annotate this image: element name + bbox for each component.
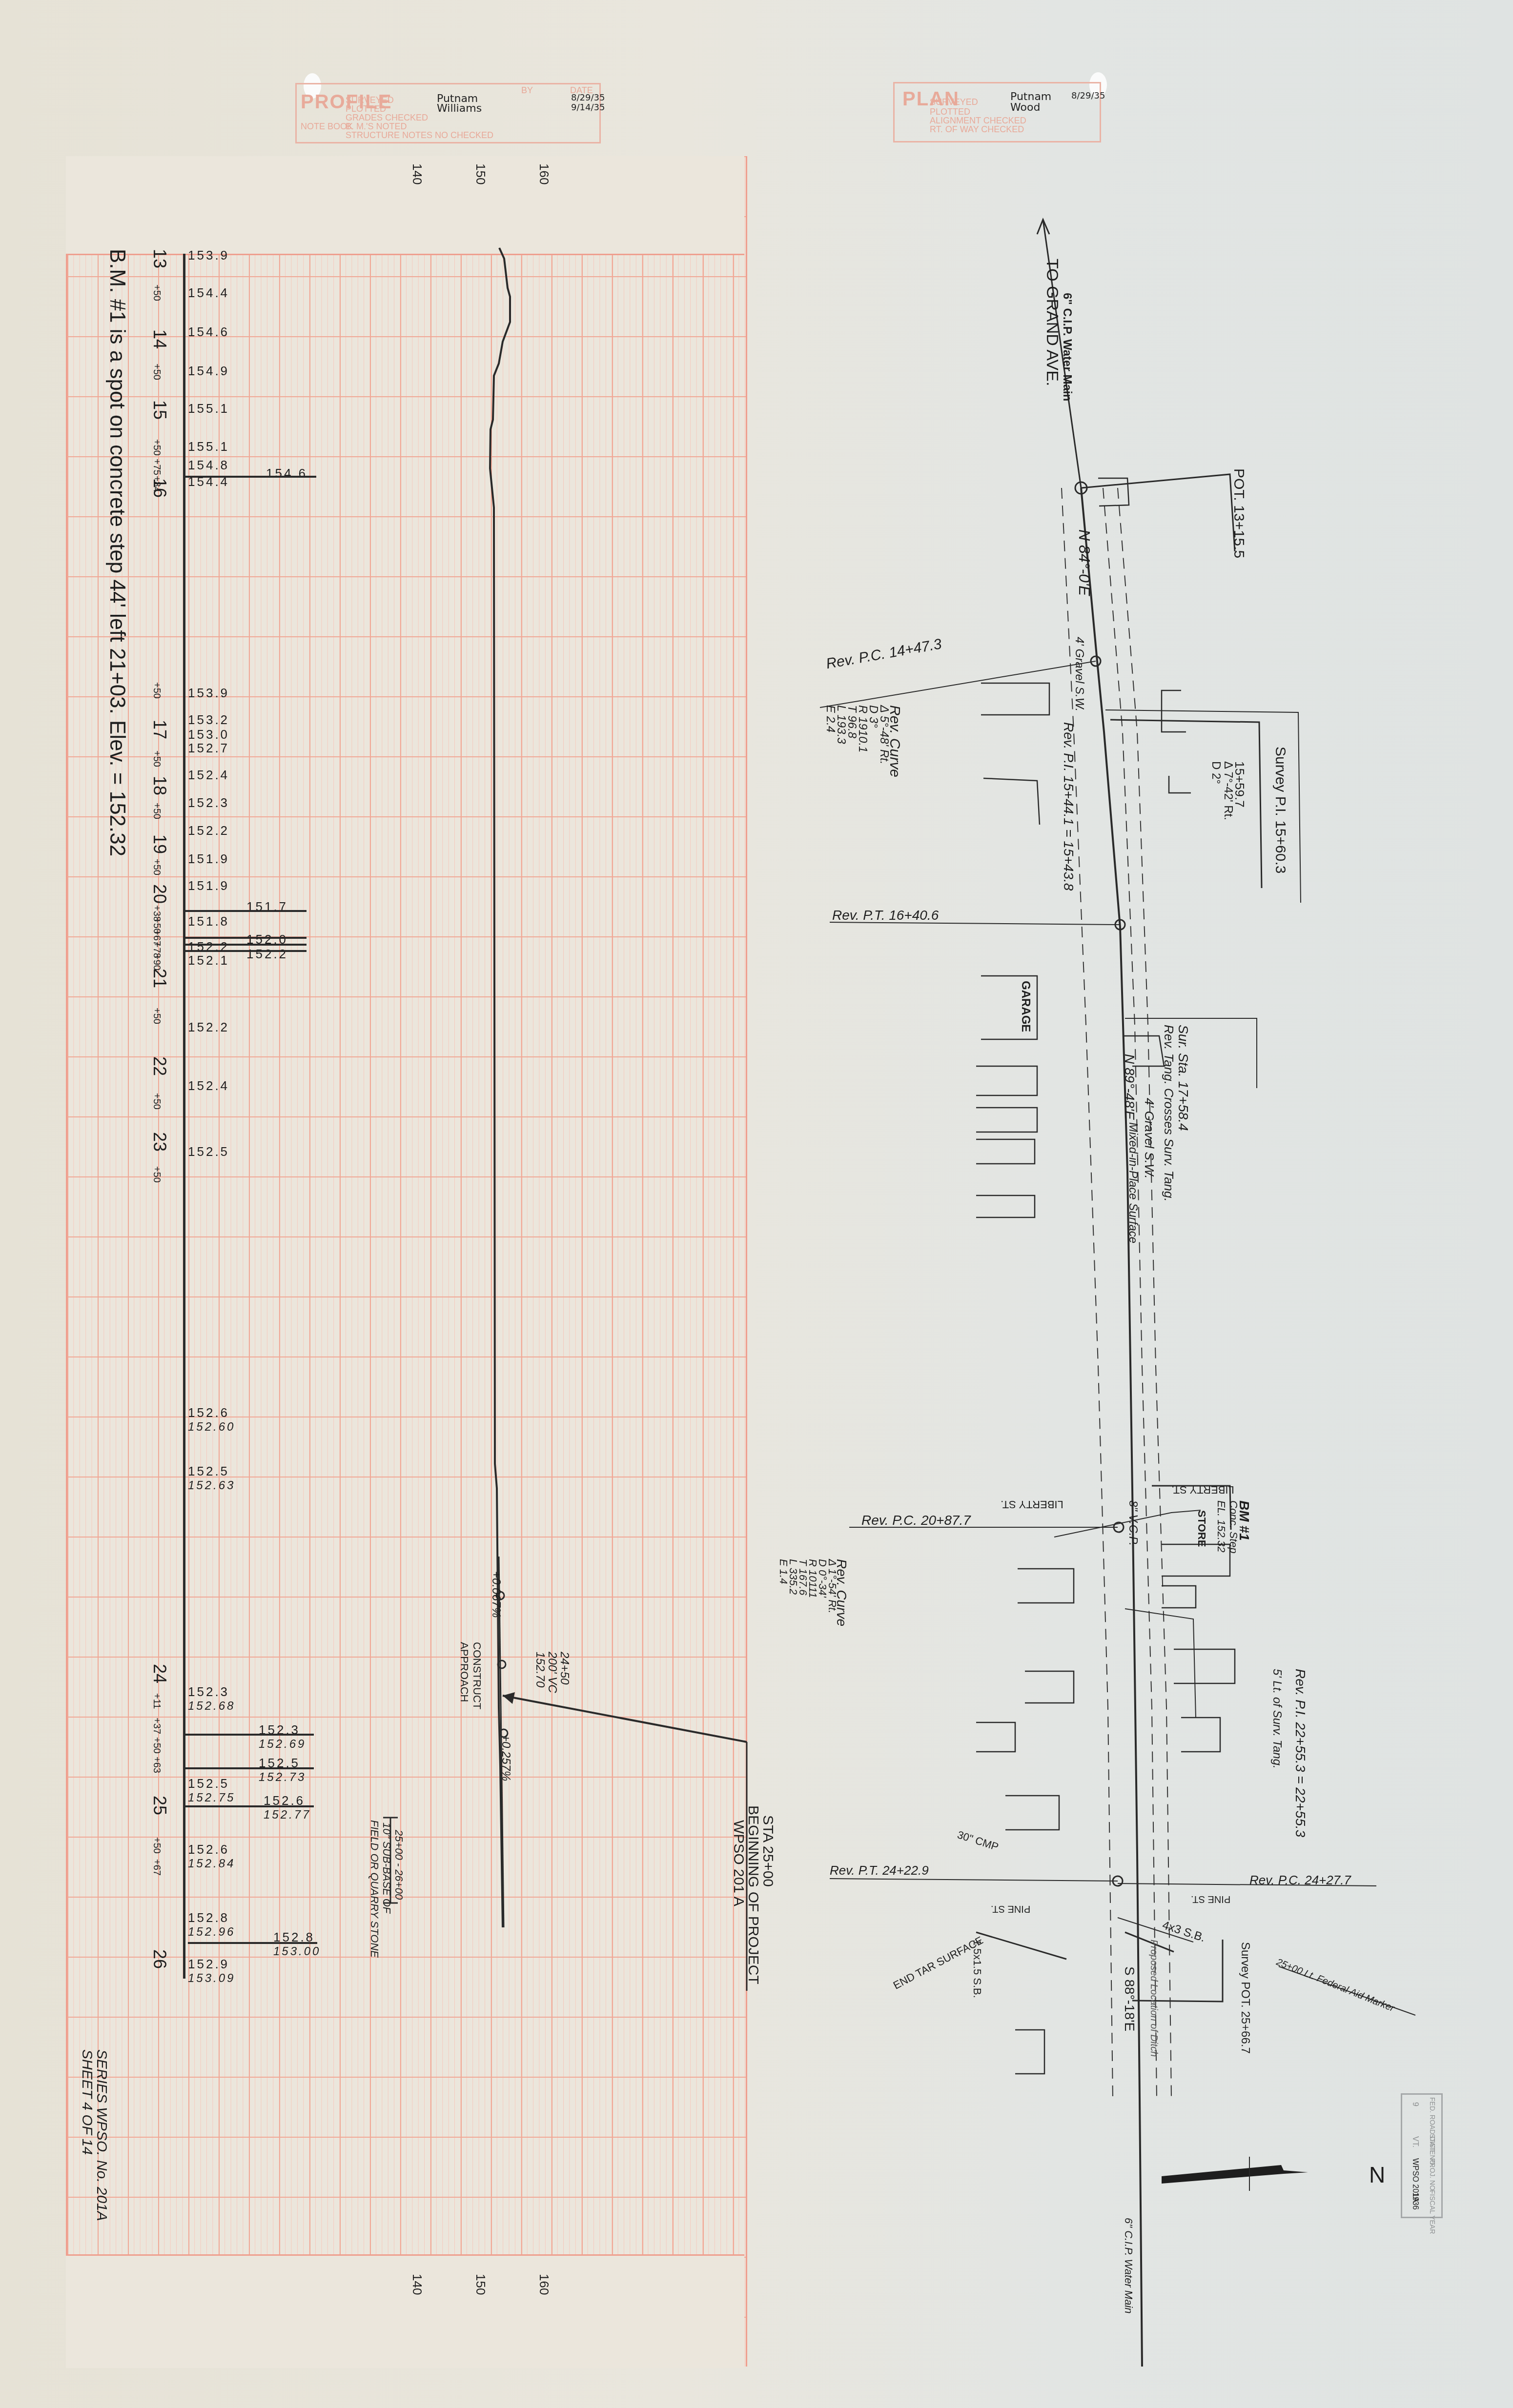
rev-tang-label: Rev. Tang. Crosses Surv. Tang. <box>1161 1025 1176 1202</box>
construct-approach-note: CONSTRUCT APPROACH <box>458 1642 483 1740</box>
rev-curve-1-e: E 2.4 <box>823 705 837 732</box>
project-start-station: STA 25+00 <box>759 1815 776 1887</box>
survey-centerline <box>1081 488 1142 2367</box>
survey-pi-delta: Δ 7°-42' Rt. <box>1221 761 1235 820</box>
fed-header: FED. ROAD DIST. NO. <box>1429 2097 1436 2167</box>
project-number: WPSO 201 A <box>730 1820 747 1906</box>
bm1-elevation: EL. 152.32 <box>1215 1500 1227 1552</box>
bm1-step: Conc. Step <box>1227 1500 1240 1554</box>
grade-1-label: +0.067% <box>489 1571 503 1618</box>
sur-sta-label: Sur. Sta. 17+58.4 <box>1175 1025 1191 1131</box>
subbase-note-2: FIELD OR QUARRY STONE <box>368 1820 381 1958</box>
fed-district: 9 <box>1411 2102 1419 2106</box>
sb-15-label: 1.5x1.5 S.B. <box>971 1940 983 1998</box>
vpi-elevation: 152.70 <box>533 1652 547 1687</box>
rev-curve-2-e: E 1.4 <box>777 1559 790 1584</box>
pot-start-label: POT. 13+15.5 <box>1230 468 1247 558</box>
rev-pi-1-label: Rev. P.I. 15+44.1 = 15+43.8 <box>1061 722 1076 966</box>
liberty-st-label: LIBERTY ST. <box>1171 1483 1234 1496</box>
fed-state: VT. <box>1411 2136 1419 2147</box>
house-outlines <box>976 478 1235 2074</box>
subbase-note-1: 10" SUB-BASE OF <box>380 1822 393 1913</box>
rev-pi-2-note: 5' Lt. of Surv. Tang. <box>1270 1669 1284 1769</box>
project-start-label: BEGINNING OF PROJECT <box>745 1805 761 1984</box>
mixed-surface-label: Mixed-in-Place Surface <box>1126 1122 1140 1243</box>
rev-pc-3-label: Rev. P.C. 24+27.7 <box>1249 1873 1351 1888</box>
pine-st-label: PINE ST. <box>1191 1893 1230 1904</box>
fed-year: 1936 <box>1411 2192 1419 2210</box>
survey-pi-degree: D 2° <box>1209 761 1223 784</box>
subbase-range: 25+00 - 26+00 <box>392 1830 405 1900</box>
to-grand-ave-label: TO GRAND AVE. <box>1043 259 1062 386</box>
fed-header: STATE <box>1429 2134 1436 2155</box>
pine-st-label-2: PINE ST. <box>991 1903 1030 1914</box>
north-arrow-icon <box>1162 2165 1308 2184</box>
vertical-curve-length: 200' VC <box>545 1652 559 1693</box>
fed-header: PROJ. NO. <box>1429 2158 1436 2192</box>
vcp-8-label: 8" V.C.P. <box>1126 1500 1140 1546</box>
rev-pt-2-label: Rev. P.T. 24+22.9 <box>830 1863 929 1878</box>
rev-pi-2-label: Rev. P.I. 22+55.3 = 22+55.3 <box>1292 1669 1308 1837</box>
fed-header: FISCAL YEAR <box>1429 2190 1436 2234</box>
water-main-label: 6" C.I.P. Water Main <box>1060 293 1074 401</box>
gravel-sw-1: 4' Gravel S.W. <box>1072 637 1086 711</box>
proposed-ditch-label: Proposed Location of Ditch <box>1148 1940 1159 2057</box>
store-label: STORE <box>1195 1510 1208 1547</box>
rev-pc-2-label: Rev. P.C. 20+87.7 <box>861 1513 971 1528</box>
bearing-1: N 84°-0'E <box>1075 529 1093 596</box>
garage-label: GARAGE <box>1019 981 1032 1032</box>
bearing-3: S 88°-18'E <box>1122 1966 1137 2031</box>
series-note: SERIES WPSO. No. 201A <box>93 2049 110 2221</box>
gravel-sw-2: 4' Gravel S.W. <box>1142 1098 1157 1179</box>
rev-pt-1-label: Rev. P.T. 16+40.6 <box>832 908 939 923</box>
drawing-linework <box>0 0 1513 2408</box>
project-start-leader <box>503 1696 747 1742</box>
grade-2-label: +0.257% <box>499 1735 512 1781</box>
water-main-bottom-label: 6" C.I.P. Water Main <box>1122 2218 1135 2314</box>
federal-road-block: FED. ROAD DIST. NO. STATE PROJ. NO. FISC… <box>1401 2093 1443 2218</box>
sheet-note: SHEET 4 OF 14 <box>79 2049 95 2155</box>
vpi-station: 24+50 <box>557 1652 571 1684</box>
survey-pot-label: Survey POT. 25+66.7 <box>1238 1942 1252 2054</box>
north-label: N <box>1369 2162 1385 2188</box>
liberty-st-label-2: LIBERTY ST. <box>1001 1498 1063 1511</box>
drawing-sheet: PROFILE SURVEYED PLOTTED GRADES CHECKED … <box>0 0 1513 2408</box>
bearing-2: N 89°-48'E <box>1122 1054 1137 1120</box>
survey-pi-label: Survey P.I. 15+60.3 <box>1272 747 1288 873</box>
